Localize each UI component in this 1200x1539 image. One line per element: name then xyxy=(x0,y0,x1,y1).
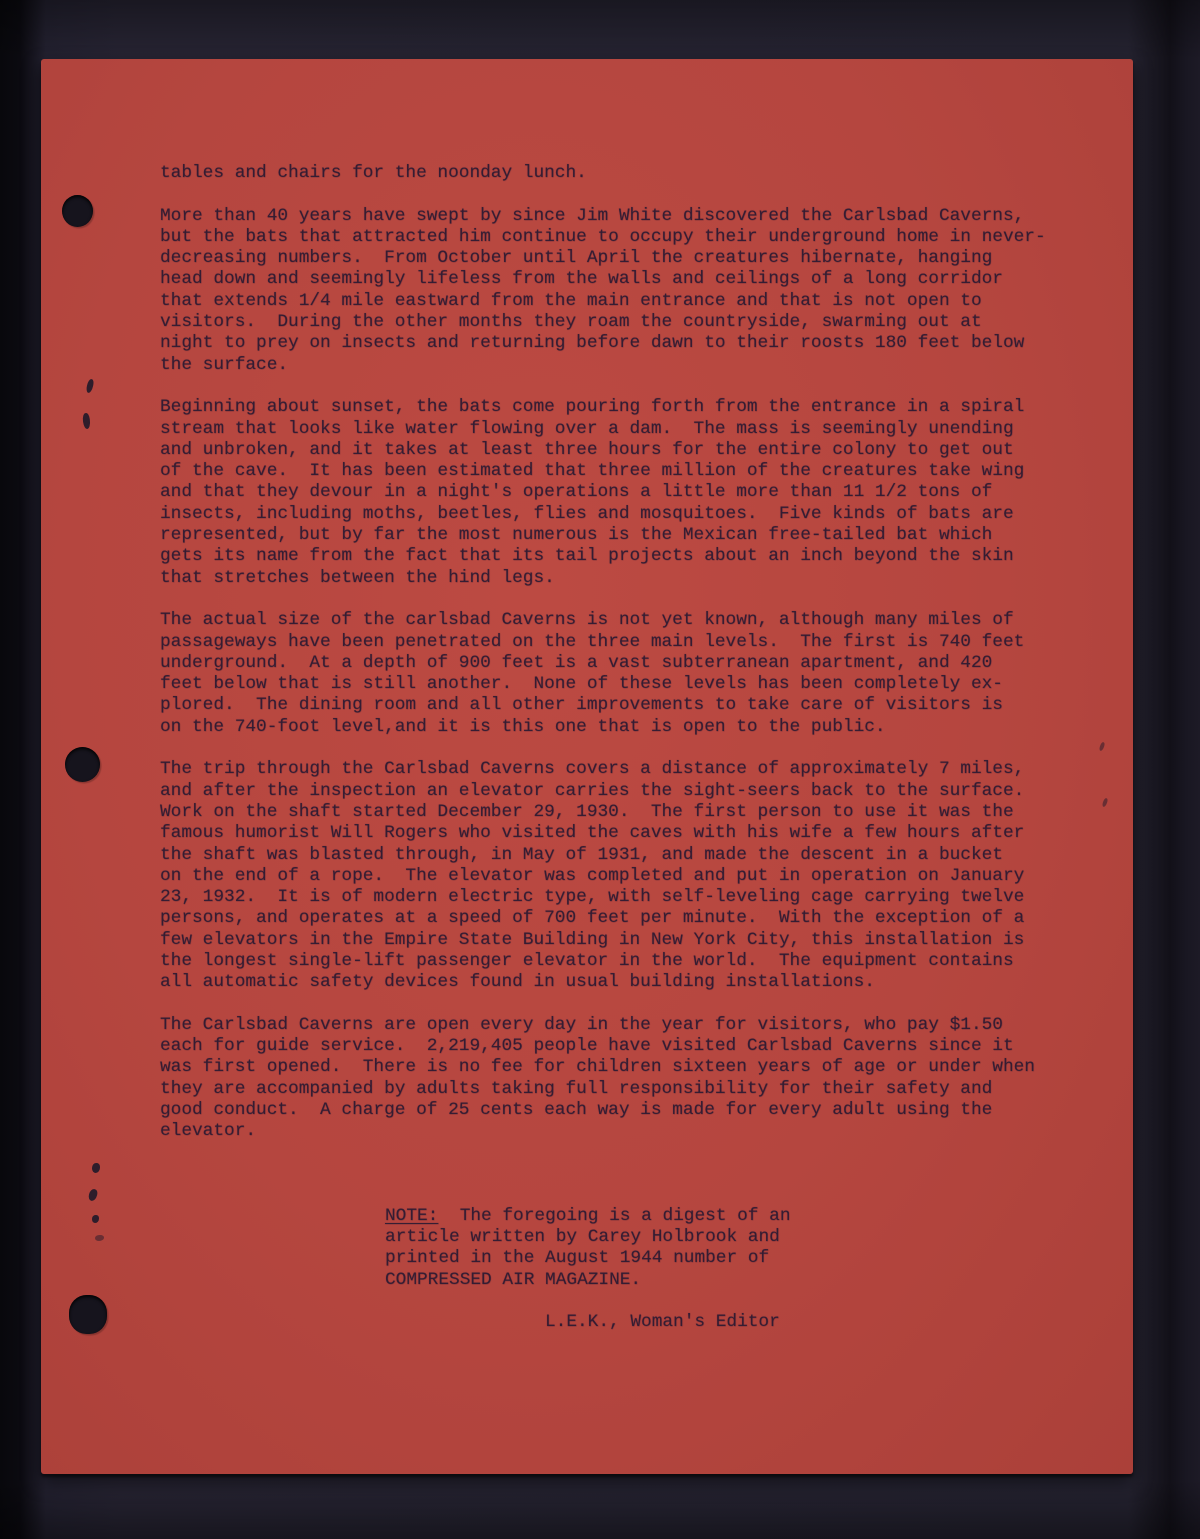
paragraph-2: More than 40 years have swept by since J… xyxy=(160,206,1089,376)
editor-note: NOTE: The foregoing is a digest of an ar… xyxy=(385,1206,1089,1291)
paragraph-1: tables and chairs for the noonday lunch. xyxy=(160,163,1089,184)
ink-speck xyxy=(88,1188,99,1202)
hole-punch-bottom xyxy=(69,1295,107,1334)
ink-speck xyxy=(1099,742,1106,752)
ink-speck xyxy=(82,413,91,430)
ink-speck xyxy=(92,1215,99,1223)
ink-speck xyxy=(92,1163,100,1173)
hole-punch-top xyxy=(62,195,93,227)
hole-punch-middle xyxy=(65,747,100,782)
ink-speck xyxy=(86,379,95,394)
ink-speck xyxy=(95,1235,104,1241)
paragraph-5: The trip through the Carlsbad Caverns co… xyxy=(160,759,1089,993)
paragraph-4: The actual size of the carlsbad Caverns … xyxy=(160,610,1089,738)
ink-speck xyxy=(1102,798,1109,808)
typewritten-page: tables and chairs for the noonday lunch.… xyxy=(41,59,1133,1474)
paragraph-3: Beginning about sunset, the bats come po… xyxy=(160,397,1089,589)
typed-text-block: tables and chairs for the noonday lunch.… xyxy=(160,59,1089,1333)
note-label: NOTE: xyxy=(385,1206,438,1226)
paragraph-6: The Carlsbad Caverns are open every day … xyxy=(160,1015,1089,1143)
editor-signature: L.E.K., Woman's Editor xyxy=(545,1312,1089,1333)
note-body: The foregoing is a digest of an article … xyxy=(385,1206,791,1290)
